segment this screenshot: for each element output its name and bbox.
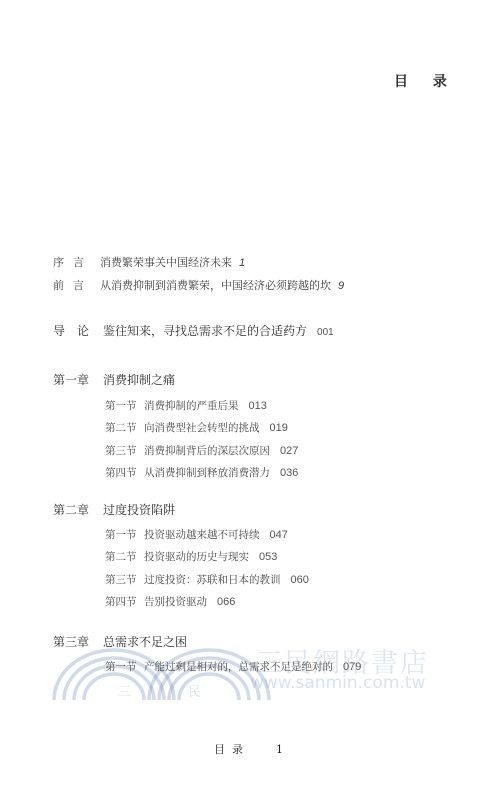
section-title: 向消费型社会转型的挑战 [144,422,260,434]
section-label: 第四节 [105,465,144,480]
section-page: 079 [343,661,361,673]
section-page: 047 [270,529,288,541]
toc-introduction-row[interactable]: 导论鉴往知来，寻找总需求不足的合适药方001 [53,322,334,339]
section-title: 投资驱动越来越不可持续 [144,529,260,541]
footer-label: 目录 [214,743,250,756]
toc-section-row[interactable]: 第四节告别投资驱动066 [105,594,235,609]
section-label: 第三节 [105,572,144,587]
section-page: 019 [270,422,288,434]
toc-entry-title: 鉴往知来，寻找总需求不足的合适药方 [103,324,307,338]
section-label: 第一节 [105,398,144,413]
section-title: 告别投资驱动 [144,596,207,608]
toc-entry-title: 从消费抑制到消费繁荣，中国经济必须跨越的坎 [100,279,331,292]
section-title: 过度投资：苏联和日本的教训 [144,574,281,586]
section-title: 消费抑制背后的深层次原因 [144,445,270,457]
section-page: 027 [280,445,298,457]
watermark-url: www.sanmin.com.tw [250,673,425,693]
section-page: 053 [259,551,277,563]
toc-entry-page: 9 [338,280,344,292]
watermark-char: 民 [188,681,201,700]
toc-section-row[interactable]: 第二节向消费型社会转型的挑战019 [105,420,288,435]
page-title: 目 录 [394,71,457,91]
chapter-label: 第三章 [53,633,103,650]
toc-entry-label: 导论 [53,322,103,339]
section-title: 消费抑制的严重后果 [144,400,239,412]
toc-entry-title: 消费繁荣事关中国经济未来 [100,256,232,269]
section-page: 066 [217,596,235,608]
toc-section-row[interactable]: 第三节消费抑制背后的深层次原因027 [105,443,298,458]
toc-section-row[interactable]: 第二节投资驱动的历史与现实053 [105,549,277,564]
toc-section-row[interactable]: 第一节产能过剩是相对的，总需求不足是绝对的079 [105,659,361,674]
section-label: 第一节 [105,527,144,542]
chapter-label: 第一章 [53,371,103,388]
toc-section-row[interactable]: 第一节投资驱动越来越不可持续047 [105,527,288,542]
chapter-label: 第二章 [53,501,103,518]
toc-entry-page: 001 [317,327,334,338]
toc-entry-label: 序言 [53,254,100,270]
toc-entry-label: 前言 [53,277,100,293]
toc-entry-page: 1 [239,257,245,269]
page-footer: 目录1 [214,741,283,757]
footer-page-number: 1 [276,743,283,756]
chapter-title: 总需求不足之困 [103,635,187,649]
toc-section-row[interactable]: 第三节过度投资：苏联和日本的教训060 [105,572,309,587]
section-title: 产能过剩是相对的，总需求不足是绝对的 [144,661,333,673]
section-label: 第三节 [105,443,144,458]
toc-chapter-2[interactable]: 第二章过度投资陷阱 [53,501,175,518]
toc-chapter-3[interactable]: 第三章总需求不足之困 [53,633,187,650]
toc-chapter-1[interactable]: 第一章消费抑制之痛 [53,371,175,388]
toc-foreword-row[interactable]: 前言从消费抑制到消费繁荣，中国经济必须跨越的坎9 [53,277,344,293]
chapter-title: 消费抑制之痛 [103,373,175,387]
section-label: 第四节 [105,594,144,609]
section-page: 060 [291,574,309,586]
toc-section-row[interactable]: 第一节消费抑制的严重后果013 [105,398,267,413]
chapter-title: 过度投资陷阱 [103,503,175,517]
section-title: 从消费抑制到释放消费潜力 [144,467,270,479]
section-label: 第二节 [105,549,144,564]
section-title: 投资驱动的历史与现实 [144,551,249,563]
section-label: 第二节 [105,420,144,435]
section-label: 第一节 [105,659,144,674]
watermark-char: 三 [118,681,131,700]
section-page: 036 [280,467,298,479]
toc-preface-row[interactable]: 序言消费繁荣事关中国经济未来1 [53,254,245,270]
toc-section-row[interactable]: 第四节从消费抑制到释放消费潜力036 [105,465,298,480]
section-page: 013 [249,400,267,412]
